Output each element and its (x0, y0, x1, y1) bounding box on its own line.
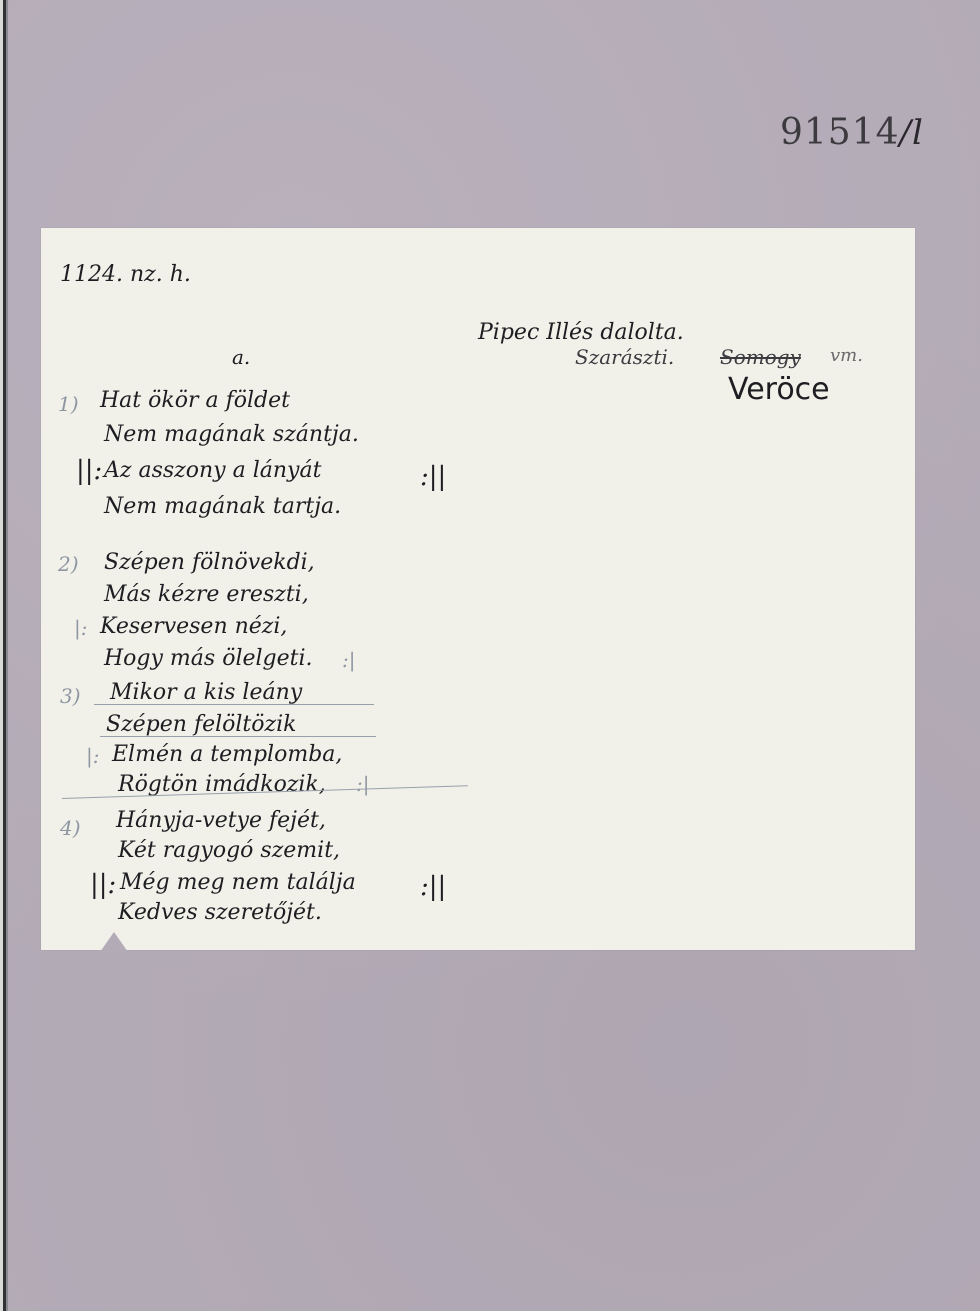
verse-number: 1) (58, 392, 79, 416)
catalog-stamp: 91514/l (780, 112, 924, 153)
paper-tear (100, 932, 128, 952)
verse-line: Kedves szeretőjét. (118, 900, 322, 925)
place-correction: Veröce (728, 372, 830, 407)
binding-edge (0, 0, 8, 1311)
verse-number: 2) (58, 552, 79, 576)
repeat-end-mark: :|| (420, 872, 446, 902)
catalog-number: 91514 (780, 112, 900, 153)
verse-line: Szépen felöltözik (106, 712, 296, 737)
repeat-end-mark: :|| (420, 462, 446, 492)
singer-title: Pipec Illés dalolta. (478, 320, 684, 345)
verse-line: Mikor a kis leány (110, 680, 302, 705)
county-abbrev: vm. (830, 345, 863, 366)
repeat-start-mark: ||: (90, 870, 116, 900)
pencil-rule (94, 704, 374, 705)
verse-line: Hányja-vetye fejét, (116, 808, 326, 833)
struck-place: Somogy (720, 345, 801, 369)
verse-line: Keservesen nézi, (100, 614, 287, 639)
verse-line: Hogy más ölelgeti. (104, 646, 313, 671)
verse-number: 4) (60, 816, 81, 840)
catalog-suffix: /l (900, 113, 924, 153)
verse-number: 3) (60, 684, 81, 708)
verse-line: Nem magának szántja. (104, 422, 359, 447)
place-prefix: Szarászti. (575, 345, 674, 369)
repeat-end-mark: :| (342, 648, 355, 672)
section-label: a. (232, 345, 250, 369)
verse-line: Még meg nem találja (120, 870, 356, 895)
verse-line: Szépen fölnövekdi, (104, 550, 315, 575)
verse-line: Két ragyogó szemit, (118, 838, 340, 863)
verse-line: Más kézre ereszti, (104, 582, 309, 607)
reference-number: 1124. nz. h. (60, 262, 191, 287)
repeat-start-mark: ||: (76, 456, 102, 486)
pencil-rule (100, 736, 376, 737)
repeat-start-mark: |: (74, 616, 87, 640)
repeat-end-mark: :| (356, 772, 369, 796)
verse-line: Elmén a templomba, (112, 742, 342, 767)
verse-line: Nem magának tartja. (104, 494, 341, 519)
verse-line: Az asszony a lányát (104, 458, 321, 483)
verse-line: Hat ökör a földet (100, 388, 290, 413)
repeat-start-mark: |: (86, 744, 99, 768)
